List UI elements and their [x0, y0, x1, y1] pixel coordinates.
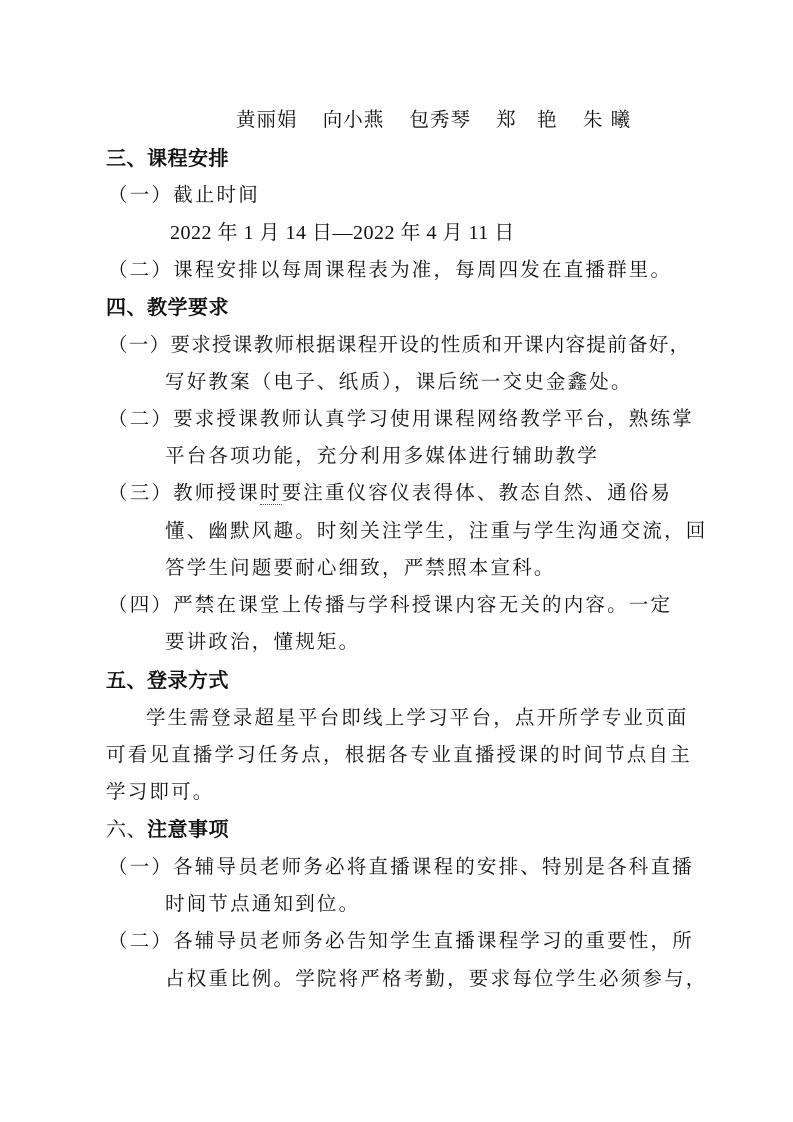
- heading-text: 登录方式: [147, 668, 229, 692]
- heading-number: 六、: [106, 817, 147, 841]
- login-paragraph-line-1: 学生需登录超星平台即线上学习平台，点开所学专业页面: [146, 705, 689, 731]
- requirement-2-line-2: 平台各项功能，充分利用多媒体进行辅助教学: [165, 443, 599, 469]
- requirement-1-line-2: 写好教案（电子、纸质），课后统一交史金鑫处。: [165, 369, 633, 395]
- teacher-name: 朱 曦: [583, 108, 631, 131]
- heading-number: 三、: [106, 146, 147, 170]
- document-page: 黄丽娟 向小燕 包秀琴 郑 艳 朱 曦 三、课程安排 （一）截止时间 2022 …: [0, 0, 793, 1122]
- teacher-name: 黄丽娟: [236, 108, 298, 131]
- item-deadline-date: 2022 年 1 月 14 日—2022 年 4 月 11 日: [170, 220, 515, 246]
- heading-number: 五、: [106, 668, 147, 692]
- requirement-1-line-1: （一）要求授课教师根据课程开设的性质和开课内容提前备好，: [108, 332, 690, 358]
- requirement-4-line-2: 要讲政治，懂规矩。: [165, 629, 360, 655]
- requirement-3-line-2: 懂、幽默风趣。时刻关注学生，注重与学生沟通交流，回: [165, 518, 708, 544]
- login-paragraph-line-3: 学习即可。: [106, 779, 215, 805]
- item-schedule-basis: （二）课程安排以每周课程表为准，每周四发在直播群里。: [108, 257, 672, 283]
- teacher-names-line: 黄丽娟 向小燕 包秀琴 郑 艳 朱 曦: [236, 107, 649, 133]
- heading-text: 教学要求: [147, 295, 229, 319]
- login-paragraph-line-2: 可看见直播学习任务点，根据各专业直播授课的时间节点自主: [106, 742, 692, 768]
- note-2-line-1: （二）各辅导员老师务必告知学生直播课程学习的重要性，所: [108, 928, 694, 954]
- marked-word: 时: [260, 481, 282, 505]
- requirement-2-line-1: （二）要求授课教师认真学习使用课程网络教学平台，熟练掌: [108, 406, 694, 432]
- section-heading-login-method: 五、登录方式: [106, 667, 229, 693]
- heading-number: 四、: [106, 295, 147, 319]
- requirement-3-line-3: 答学生问题要耐心细致，严禁照本宣科。: [165, 555, 556, 581]
- teacher-name: 包秀琴: [409, 108, 471, 131]
- heading-text: 课程安排: [147, 146, 229, 170]
- section-heading-notes: 六、注意事项: [106, 816, 229, 842]
- section-heading-course-schedule: 三、课程安排: [106, 145, 229, 171]
- note-2-line-2: 占权重比例。学院将严格考勤，要求每位学生必须参与，: [165, 966, 708, 992]
- note-1-line-1: （一）各辅导员老师务必将直播课程的安排、特别是各科直播: [108, 854, 694, 880]
- heading-text: 注意事项: [147, 817, 229, 841]
- requirement-3-line-1: （三）教师授课时要注重仪容仪表得体、教态自然、通俗易: [108, 480, 672, 506]
- section-heading-teaching-requirements: 四、教学要求: [106, 294, 229, 320]
- note-1-line-2: 时间节点通知到位。: [165, 891, 360, 917]
- teacher-name: 向小燕: [323, 108, 385, 131]
- requirement-4-line-1: （四）严禁在课堂上传播与学科授课内容无关的内容。一定: [108, 592, 672, 618]
- teacher-name: 郑 艳: [496, 108, 558, 131]
- item-deadline-label: （一）截止时间: [108, 182, 260, 208]
